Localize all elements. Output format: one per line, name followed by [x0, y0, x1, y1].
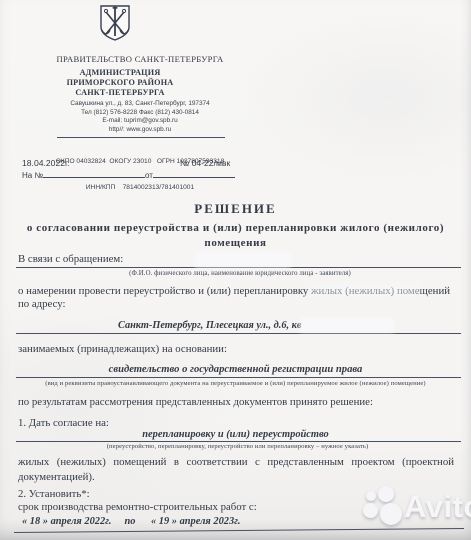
- term-dates-value: « 18 » апреля 2022г. по « 19 » апреля 20…: [22, 516, 240, 527]
- administration-title: АДМИНИСТРАЦИЯ ПРИМОРСКОГО РАЙОНА САНКТ-П…: [0, 68, 240, 98]
- consent-underline: [16, 441, 461, 442]
- appeal-hint: (Ф.И.О. физического лица, наименование ю…: [40, 270, 440, 277]
- decision-title: РЕШЕНИЕ: [0, 201, 471, 217]
- appeal-underline: [16, 267, 461, 268]
- reference-row: На №от: [22, 169, 235, 180]
- document-date: 18.04.2022г.: [22, 158, 69, 168]
- redaction-applicant: [195, 251, 291, 267]
- reference-from-label: от: [145, 171, 153, 180]
- consent-value: перепланировку и (или) переустройство: [0, 429, 471, 440]
- appeal-label: В связи с обращением:: [18, 253, 123, 266]
- address-value: Санкт-Петербург, Плесецкая ул., д.6, кв: [118, 320, 301, 331]
- administration-line: ПРИМОРСКОГО РАЙОНА: [0, 78, 240, 88]
- reference-number-blank: [43, 169, 145, 178]
- avito-watermark-text: Avito: [404, 489, 471, 525]
- reference-prefix: На №: [22, 171, 43, 180]
- letterhead-divider: [57, 137, 225, 138]
- resolution-intro: по результатам рассмотрения представленн…: [18, 396, 373, 409]
- avito-logo-dot-icon: [366, 491, 376, 501]
- consent-tail: жилых (нежилых) помещений в соответствии…: [18, 455, 454, 484]
- basis-label: занимаемых (принадлежащих) на основании:: [18, 343, 227, 356]
- basis-value: свидетельство о государственной регистра…: [0, 364, 471, 375]
- avito-logo-dot-icon: [378, 486, 394, 502]
- decision-subtitle: о согласовании переустройства и (или) пе…: [8, 221, 463, 250]
- contact-address: Савушкина ул., д. 83, Санкт-Петербург, 1…: [10, 100, 270, 109]
- document-number: № 04-22/мвк: [180, 158, 230, 168]
- basis-underline: [16, 377, 461, 378]
- reference-date-blank: [153, 169, 235, 178]
- contact-website: http//: www.gov.spb.ru: [10, 126, 270, 135]
- document-scan: ПРАВИТЕЛЬСТВО САНКТ-ПЕТЕРБУРГА АДМИНИСТР…: [0, 0, 471, 540]
- administration-line: САНКТ-ПЕТЕРБУРГА: [0, 88, 240, 98]
- government-title: ПРАВИТЕЛЬСТВО САНКТ-ПЕТЕРБУРГА: [20, 54, 260, 64]
- redaction-faint: [310, 284, 420, 296]
- avito-logo-dot-icon: [363, 503, 378, 518]
- inn-kpp-line: ИНН/КПП 7814002313/781401001: [10, 184, 270, 193]
- item2-text: срок производства ремонтно-строительных …: [18, 501, 257, 514]
- avito-logo-dot-icon: [380, 503, 402, 525]
- consent-hint: (переустройство, перепланировку, переуст…: [40, 443, 435, 450]
- contact-phone-fax: Тел (812) 576-8228 Факс (812) 430-0814: [10, 109, 270, 118]
- administration-line: АДМИНИСТРАЦИЯ: [0, 68, 240, 78]
- contact-email: E-mail: tuprim@gov.spb.ru: [10, 117, 270, 126]
- contact-block: Савушкина ул., д. 83, Санкт-Петербург, 1…: [10, 100, 270, 134]
- redaction-apartment: [300, 318, 394, 332]
- basis-hint: (вид и реквизиты правоустанавливающего д…: [8, 380, 463, 387]
- avito-watermark: Avito: [358, 485, 471, 535]
- address-underline: [16, 333, 461, 334]
- spb-coat-of-arms-icon: [95, 3, 135, 43]
- item2-label: 2. Установить*:: [18, 488, 90, 501]
